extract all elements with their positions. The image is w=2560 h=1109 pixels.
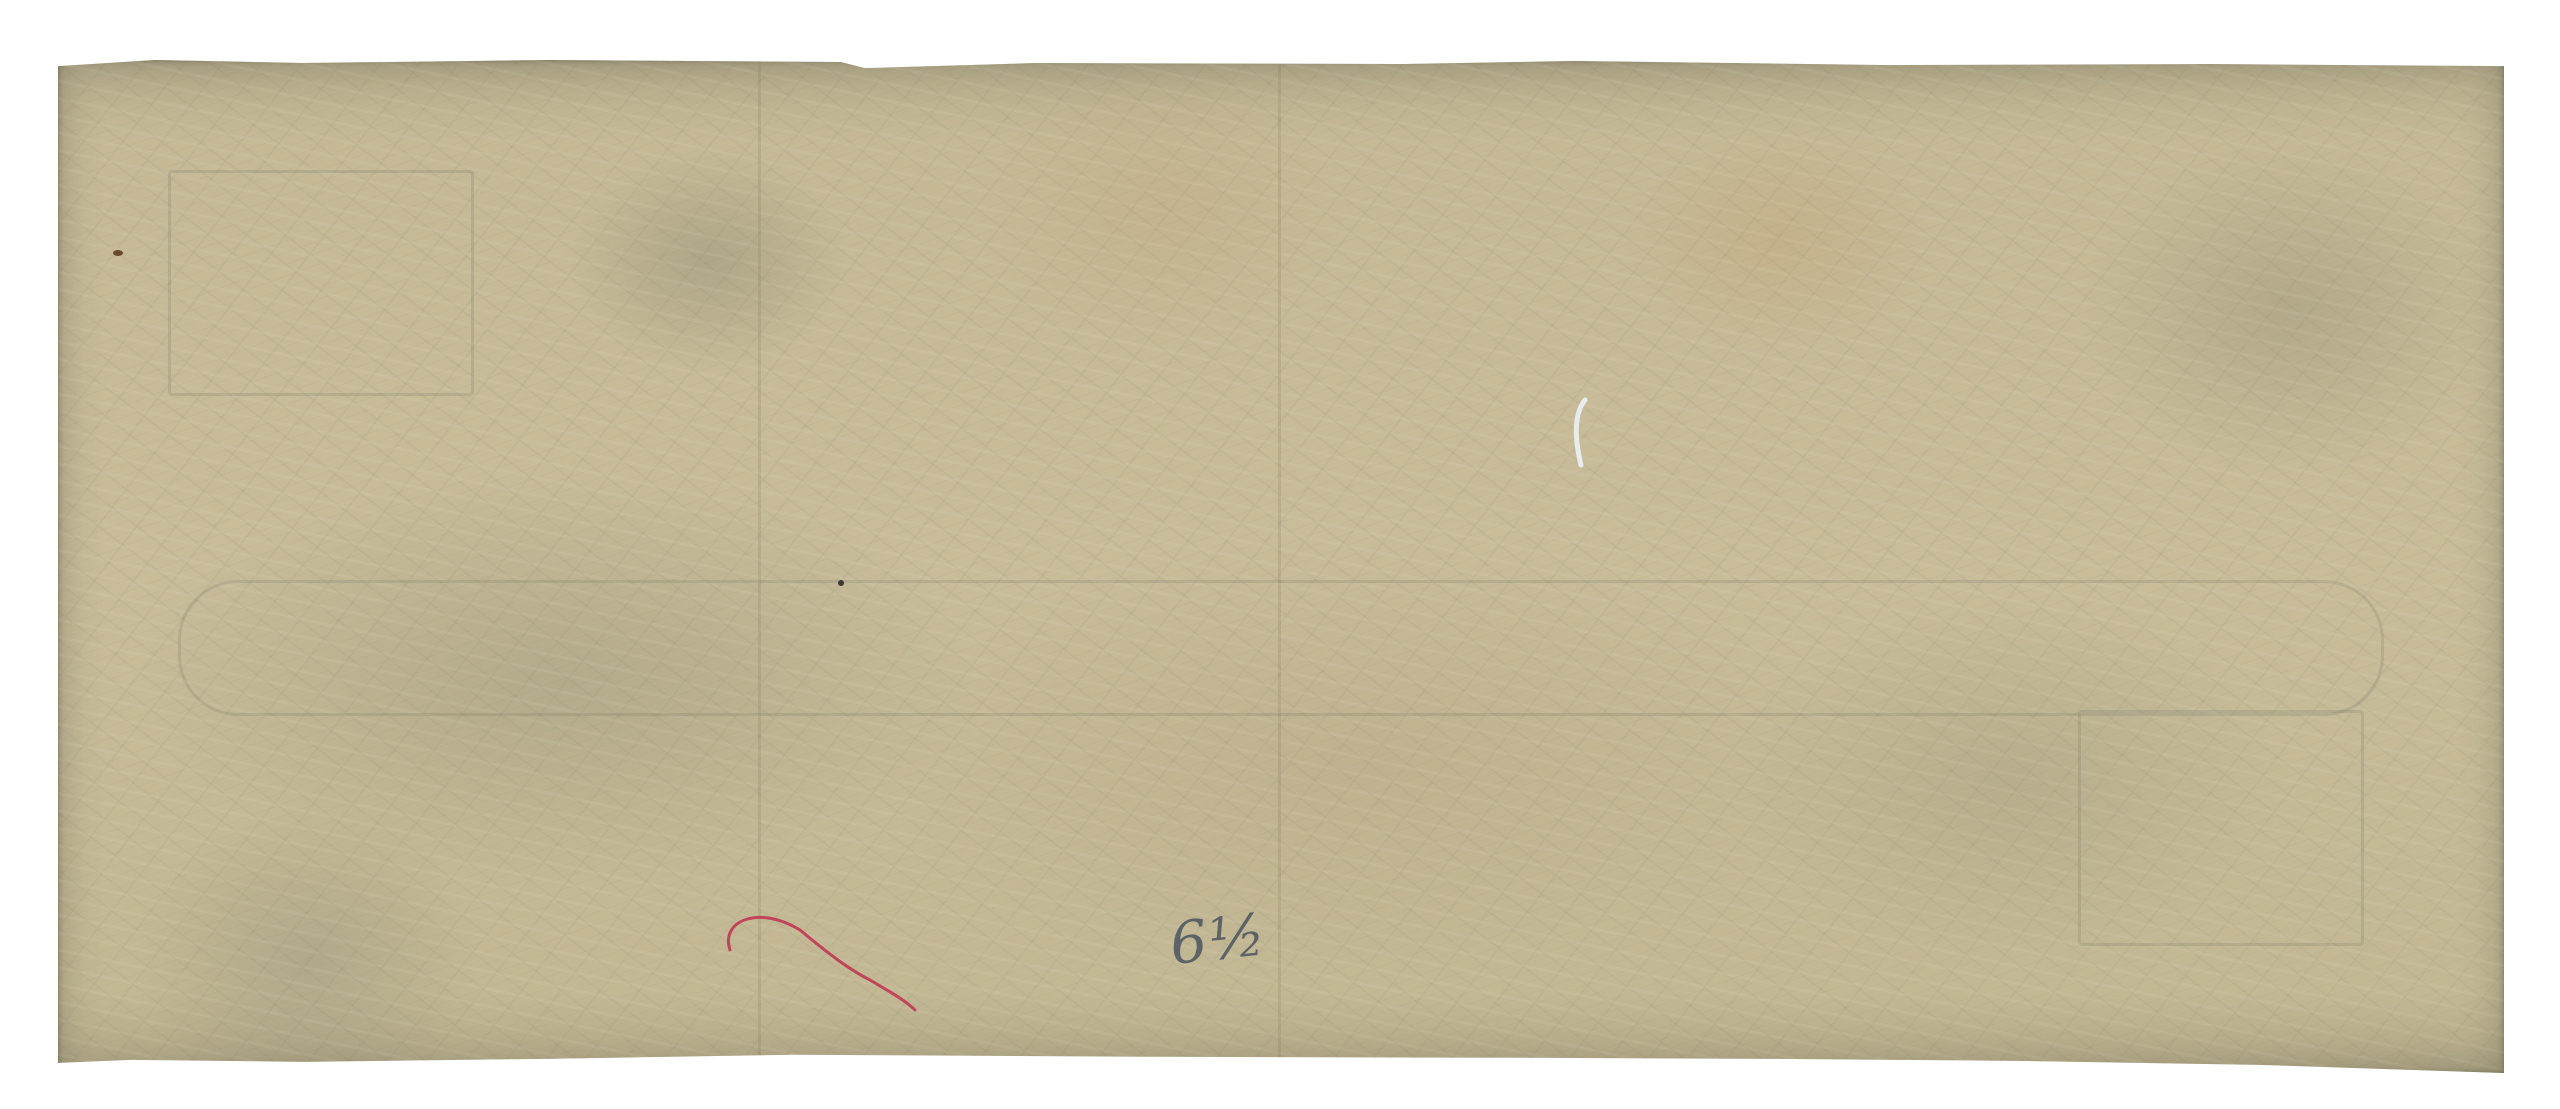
show-through-center-band [178, 580, 2384, 716]
white-fiber-inclusion [1563, 395, 1603, 475]
show-through-left-panel [168, 170, 474, 396]
white-fiber-path [1576, 400, 1585, 465]
red-fiber-inclusion [700, 900, 940, 1050]
red-fiber-path [728, 917, 915, 1010]
banknote-reverse: 6½ [58, 60, 2504, 1073]
fold-crease-center [1278, 60, 1281, 1073]
pencil-annotation: 6½ [1167, 900, 1271, 978]
ink-speck [113, 250, 123, 256]
show-through-right-panel [2078, 710, 2364, 946]
ink-speck [838, 580, 844, 586]
